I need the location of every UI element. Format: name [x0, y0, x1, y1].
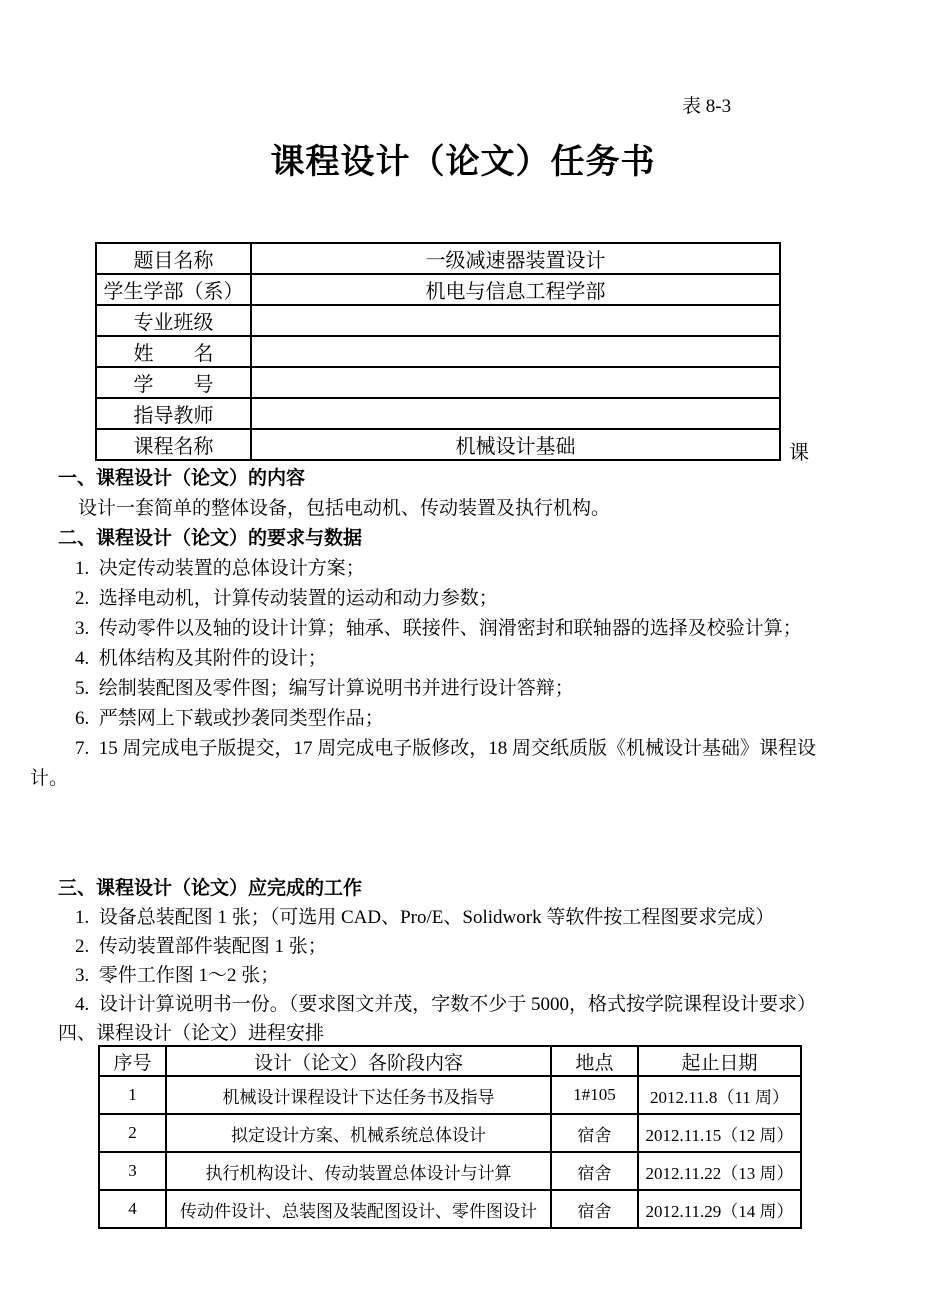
- schedule-cell-content: 拟定设计方案、机械系统总体设计: [166, 1114, 551, 1152]
- schedule-header-date: 起止日期: [638, 1046, 801, 1076]
- info-label: 课程名称: [96, 429, 251, 460]
- info-label: 学 号: [96, 367, 251, 398]
- info-label: 学生学部（系）: [96, 274, 251, 305]
- section-1-heading: 一、课程设计（论文）的内容: [30, 464, 920, 494]
- section-block-1: 一、课程设计（论文）的内容 设计一套简单的整体设备，包括电动机、传动装置及执行机…: [30, 464, 920, 794]
- section-4-heading: 四、课程设计（论文）进程安排: [30, 1019, 920, 1048]
- info-value: 一级减速器装置设计: [251, 243, 780, 274]
- schedule-cell-content: 机械设计课程设计下达任务书及指导: [166, 1076, 551, 1114]
- schedule-row: 2 拟定设计方案、机械系统总体设计 宿舍 2012.11.15（12 周）: [99, 1114, 801, 1152]
- stray-character: 课: [789, 441, 809, 465]
- schedule-cell-content: 执行机构设计、传动装置总体设计与计算: [166, 1152, 551, 1190]
- schedule-cell-place: 宿舍: [551, 1190, 638, 1228]
- section-2-heading: 二、课程设计（论文）的要求与数据: [30, 524, 920, 554]
- info-value: [251, 398, 780, 429]
- section-2-item: 5. 绘制装配图及零件图；编写计算说明书并进行设计答辩；: [30, 674, 920, 704]
- schedule-cell-date: 2012.11.22（13 周）: [638, 1152, 801, 1190]
- section-2-item-7-line-1: 7. 15 周完成电子版提交，17 周完成电子版修改，18 周交纸质版《机械设计…: [30, 734, 920, 764]
- schedule-cell-no: 1: [99, 1076, 166, 1114]
- schedule-header-place: 地点: [551, 1046, 638, 1076]
- schedule-cell-place: 1#105: [551, 1076, 638, 1114]
- section-2-item: 2. 选择电动机，计算传动装置的运动和动力参数；: [30, 584, 920, 614]
- section-3-item: 3. 零件工作图 1～2 张；: [30, 961, 920, 990]
- schedule-cell-content: 传动件设计、总装图及装配图设计、零件图设计: [166, 1190, 551, 1228]
- info-row-name: 姓 名: [96, 336, 780, 367]
- info-label: 指导教师: [96, 398, 251, 429]
- schedule-header-content: 设计（论文）各阶段内容: [166, 1046, 551, 1076]
- info-row-course: 课程名称 机械设计基础: [96, 429, 780, 460]
- info-row-student-id: 学 号: [96, 367, 780, 398]
- info-value: 机电与信息工程学部: [251, 274, 780, 305]
- schedule-table: 序号 设计（论文）各阶段内容 地点 起止日期 1 机械设计课程设计下达任务书及指…: [98, 1045, 802, 1229]
- section-2-item: 4. 机体结构及其附件的设计；: [30, 644, 920, 674]
- schedule-header-no: 序号: [99, 1046, 166, 1076]
- schedule-cell-no: 2: [99, 1114, 166, 1152]
- section-2-item-7-line-2: 计。: [30, 764, 920, 794]
- info-row-advisor: 指导教师: [96, 398, 780, 429]
- info-value: [251, 367, 780, 398]
- section-1-body: 设计一套简单的整体设备，包括电动机、传动装置及执行机构。: [30, 494, 920, 524]
- info-value: 机械设计基础: [251, 429, 780, 460]
- document-page: 表 8-3 课程设计（论文）任务书 题目名称 一级减速器装置设计 学生学部（系）…: [0, 0, 926, 1310]
- schedule-header-row: 序号 设计（论文）各阶段内容 地点 起止日期: [99, 1046, 801, 1076]
- schedule-row: 3 执行机构设计、传动装置总体设计与计算 宿舍 2012.11.22（13 周）: [99, 1152, 801, 1190]
- info-value: [251, 305, 780, 336]
- document-title: 课程设计（论文）任务书: [0, 140, 926, 184]
- schedule-row: 1 机械设计课程设计下达任务书及指导 1#105 2012.11.8（11 周）: [99, 1076, 801, 1114]
- table-reference-label: 表 8-3: [682, 96, 731, 118]
- section-block-2: 三、课程设计（论文）应完成的工作 1. 设备总装配图 1 张；（可选用 CAD、…: [30, 874, 920, 1048]
- info-label: 姓 名: [96, 336, 251, 367]
- info-value: [251, 336, 780, 367]
- section-3-item: 2. 传动装置部件装配图 1 张；: [30, 932, 920, 961]
- schedule-cell-date: 2012.11.8（11 周）: [638, 1076, 801, 1114]
- section-2-item: 1. 决定传动装置的总体设计方案；: [30, 554, 920, 584]
- schedule-cell-no: 4: [99, 1190, 166, 1228]
- info-label: 专业班级: [96, 305, 251, 336]
- schedule-cell-date: 2012.11.29（14 周）: [638, 1190, 801, 1228]
- info-row-department: 学生学部（系） 机电与信息工程学部: [96, 274, 780, 305]
- info-table: 题目名称 一级减速器装置设计 学生学部（系） 机电与信息工程学部 专业班级 姓 …: [95, 242, 781, 461]
- schedule-row: 4 传动件设计、总装图及装配图设计、零件图设计 宿舍 2012.11.29（14…: [99, 1190, 801, 1228]
- schedule-cell-place: 宿舍: [551, 1114, 638, 1152]
- info-row-topic: 题目名称 一级减速器装置设计: [96, 243, 780, 274]
- section-3-heading: 三、课程设计（论文）应完成的工作: [30, 874, 920, 903]
- schedule-cell-no: 3: [99, 1152, 166, 1190]
- schedule-cell-date: 2012.11.15（12 周）: [638, 1114, 801, 1152]
- info-label: 题目名称: [96, 243, 251, 274]
- section-2-item: 3. 传动零件以及轴的设计计算；轴承、联接件、润滑密封和联轴器的选择及校验计算；: [30, 614, 920, 644]
- schedule-cell-place: 宿舍: [551, 1152, 638, 1190]
- section-3-item: 1. 设备总装配图 1 张；（可选用 CAD、Pro/E、Solidwork 等…: [30, 903, 920, 932]
- section-2-item: 6. 严禁网上下载或抄袭同类型作品；: [30, 704, 920, 734]
- section-3-item: 4. 设计计算说明书一份。（要求图文并茂，字数不少于 5000，格式按学院课程设…: [30, 990, 920, 1019]
- info-row-class: 专业班级: [96, 305, 780, 336]
